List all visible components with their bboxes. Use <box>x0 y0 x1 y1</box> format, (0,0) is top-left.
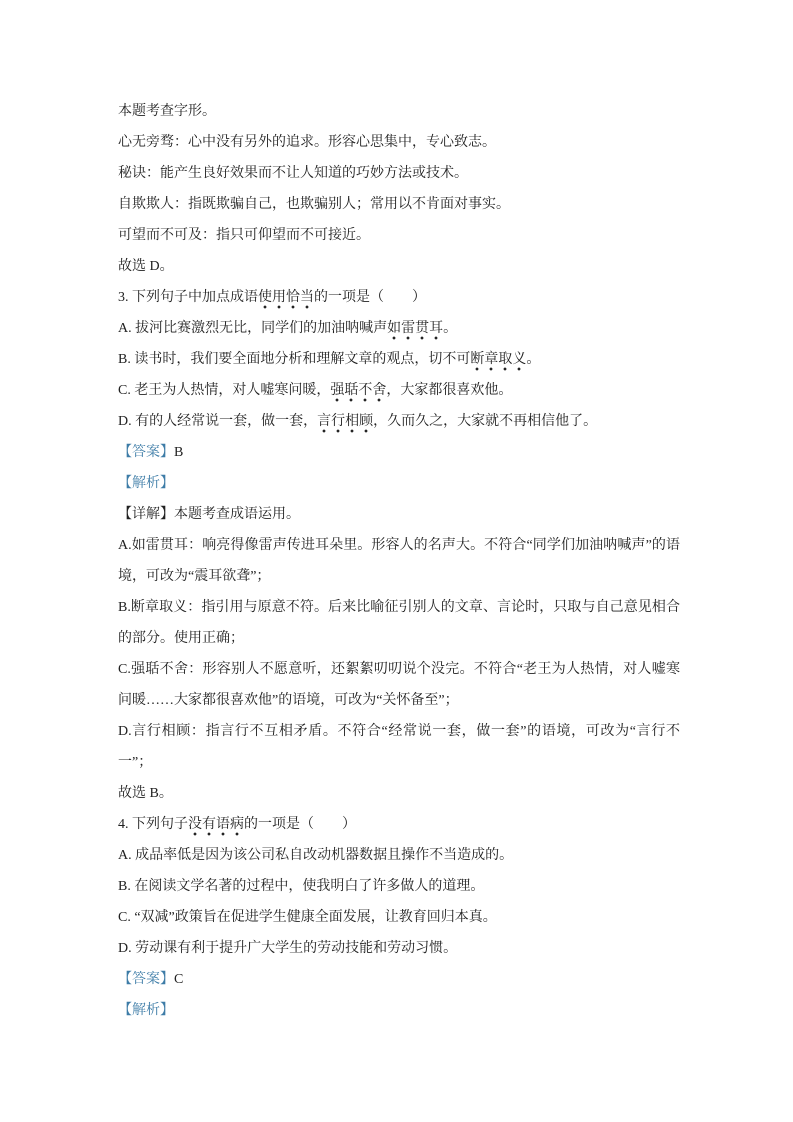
q2-detail-term-3: 自欺欺人：指既欺骗自己，也欺骗别人；常用以不肯面对事实。 <box>118 189 680 220</box>
text-run: B.断章取义：指引用与原意不符。后来比喻征引别人的文章、言论时，只取与自己意见相… <box>118 600 680 646</box>
section-label: 【答案】 <box>118 972 174 987</box>
text-run: 3. 下列句子中加点成语 <box>118 290 258 305</box>
q3-conclusion: 故选 B。 <box>118 778 680 809</box>
question-4-stem: 4. 下列句子没有语病的一项是（ ） <box>118 809 680 840</box>
q4-option-a: A. 成品率低是因为该公司私自改动机器数据且操作不当造成的。 <box>118 840 680 871</box>
text-run: A.如雷贯耳：响亮得像雷声传进耳朵里。形容人的名声大。不符合“同学们加油呐喊声”… <box>118 538 680 584</box>
q4-option-c: C. “双减”政策旨在促进学生健康全面发展，让教育回归本真。 <box>118 902 680 933</box>
q4-analysis-label: 【解析】 <box>118 995 680 1026</box>
q3-detail-b: B.断章取义：指引用与原意不符。后来比喻征引别人的文章、言论时，只取与自己意见相… <box>118 592 680 654</box>
q2-detail-term-1: 心无旁骛：心中没有另外的追求。形容心思集中，专心致志。 <box>118 127 680 158</box>
document-page: 本题考查字形。心无旁骛：心中没有另外的追求。形容心思集中，专心致志。秘诀：能产生… <box>0 0 793 1122</box>
text-run: 秘诀：能产生良好效果而不让人知道的巧妙方法或技术。 <box>118 166 468 181</box>
text-run: 4. 下列句子 <box>118 817 188 832</box>
text-run: C. “双减”政策旨在促进学生健康全面发展，让教育回归本真。 <box>118 910 497 925</box>
section-label: 【答案】 <box>118 445 174 460</box>
text-run: ，久而久之，大家就不再相信他了。 <box>373 414 597 429</box>
q4-option-d: D. 劳动课有利于提升广大学生的劳动技能和劳动习惯。 <box>118 933 680 964</box>
text-run: ，大家都很喜欢他。 <box>386 383 512 398</box>
text-run: C. 老王为人热情，对人嘘寒问暖， <box>118 383 330 398</box>
emphasized-text: 没有语病 <box>188 817 244 836</box>
q3-answer: 【答案】B <box>118 437 680 468</box>
section-label: 【解析】 <box>118 476 174 491</box>
q2-detail-term-2: 秘诀：能产生良好效果而不让人知道的巧妙方法或技术。 <box>118 158 680 189</box>
text-run: 的一项是（ ） <box>314 290 426 305</box>
text-run: 【详解】本题考查成语运用。 <box>118 507 300 522</box>
text-run: A. 成品率低是因为该公司私自改动机器数据且操作不当造成的。 <box>118 848 513 863</box>
emphasized-text: 使用恰当 <box>258 290 314 309</box>
text-run: 的一项是（ ） <box>244 817 356 832</box>
q4-option-b: B. 在阅读文学名著的过程中，使我明白了许多做人的道理。 <box>118 871 680 902</box>
text-run: 故选 D。 <box>118 259 174 274</box>
text-run: B. 在阅读文学名著的过程中，使我明白了许多做人的道理。 <box>118 879 484 894</box>
q3-analysis-label: 【解析】 <box>118 468 680 499</box>
text-run: D. 有的人经常说一套，做一套， <box>118 414 317 429</box>
q3-detail-intro: 【详解】本题考查成语运用。 <box>118 499 680 530</box>
text-run: D. 劳动课有利于提升广大学生的劳动技能和劳动习惯。 <box>118 941 457 956</box>
q3-option-c: C. 老王为人热情，对人嘘寒问暖，强聒不舍，大家都很喜欢他。 <box>118 375 680 406</box>
q2-detail-intro: 本题考查字形。 <box>118 96 680 127</box>
q3-option-d: D. 有的人经常说一套，做一套，言行相顾，久而久之，大家就不再相信他了。 <box>118 406 680 437</box>
q3-detail-d: D.言行相顾：指言行不互相矛盾。不符合“经常说一套，做一套”的语境，可改为“言行… <box>118 716 680 778</box>
q3-option-b: B. 读书时，我们要全面地分析和理解文章的观点，切不可断章取义。 <box>118 344 680 375</box>
q3-detail-a: A.如雷贯耳：响亮得像雷声传进耳朵里。形容人的名声大。不符合“同学们加油呐喊声”… <box>118 530 680 592</box>
q4-answer: 【答案】C <box>118 964 680 995</box>
q3-detail-c: C.强聒不舍：形容别人不愿意听，还絮絮叨叨说个没完。不符合“老王为人热情，对人嘘… <box>118 654 680 716</box>
q3-option-a: A. 拔河比赛激烈无比，同学们的加油呐喊声如雷贯耳。 <box>118 313 680 344</box>
emphasized-text: 强聒不舍 <box>330 383 386 402</box>
text-run: 本题考查字形。 <box>118 104 216 119</box>
text-run: 可望而不可及：指只可仰望而不可接近。 <box>118 228 370 243</box>
text-run: 。 <box>526 352 540 367</box>
text-run: B <box>174 445 183 460</box>
text-run: 。 <box>443 321 457 336</box>
section-label: 【解析】 <box>118 1003 174 1018</box>
q2-conclusion: 故选 D。 <box>118 251 680 282</box>
emphasized-text: 断章取义 <box>470 352 526 371</box>
text-run: C.强聒不舍：形容别人不愿意听，还絮絮叨叨说个没完。不符合“老王为人热情，对人嘘… <box>118 662 680 708</box>
text-run: 自欺欺人：指既欺骗自己，也欺骗别人；常用以不肯面对事实。 <box>118 197 510 212</box>
text-run: B. 读书时，我们要全面地分析和理解文章的观点，切不可 <box>118 352 470 367</box>
text-run: D.言行相顾：指言行不互相矛盾。不符合“经常说一套，做一套”的语境，可改为“言行… <box>118 724 680 770</box>
text-run: 故选 B。 <box>118 786 173 801</box>
emphasized-text: 如雷贯耳 <box>387 321 443 340</box>
document-body: 本题考查字形。心无旁骛：心中没有另外的追求。形容心思集中，专心致志。秘诀：能产生… <box>118 96 680 1026</box>
text-run: C <box>174 972 183 987</box>
text-run: A. 拔河比赛激烈无比，同学们的加油呐喊声 <box>118 321 387 336</box>
q2-detail-term-4: 可望而不可及：指只可仰望而不可接近。 <box>118 220 680 251</box>
emphasized-text: 言行相顾 <box>317 414 373 433</box>
question-3-stem: 3. 下列句子中加点成语使用恰当的一项是（ ） <box>118 282 680 313</box>
text-run: 心无旁骛：心中没有另外的追求。形容心思集中，专心致志。 <box>118 135 496 150</box>
